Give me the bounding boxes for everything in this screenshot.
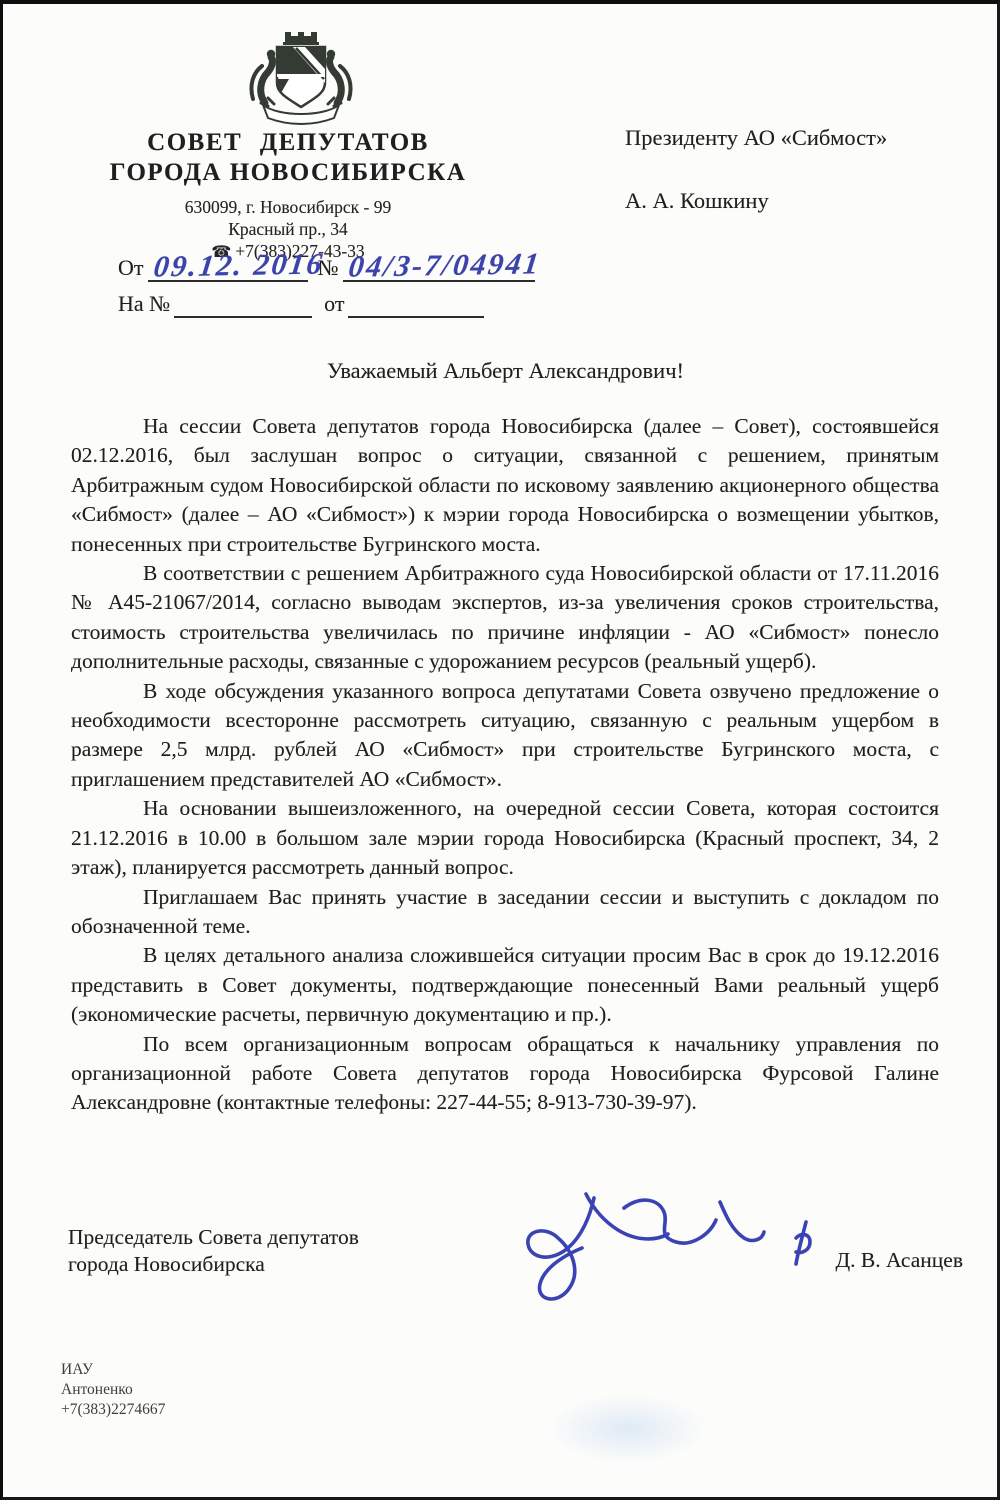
body-paragraph: В ходе обсуждения указанного вопроса деп… <box>71 677 939 795</box>
executor-name: Антоненко <box>61 1380 165 1400</box>
addressee-name: А. А. Кошкину <box>625 187 887 214</box>
executor-dept: ИАУ <box>61 1360 165 1380</box>
signer-position-line1: Председатель Совета депутатов <box>68 1224 359 1251</box>
signature-scribble <box>506 1186 836 1316</box>
body-paragraph: В соответствии с решением Арбитражного с… <box>71 559 939 677</box>
ref-reply-from-label: от <box>324 291 348 318</box>
ref-row-reply: На № от <box>118 284 548 318</box>
ref-reply-number-underline <box>174 286 312 318</box>
org-address-line1: 630099, г. Новосибирск - 99 <box>98 196 478 218</box>
scanned-letter-page: СОВЕТ ДЕПУТАТОВ ГОРОДА НОВОСИБИРСКА 6300… <box>0 0 1000 1500</box>
body-paragraph: На основании вышеизложенного, на очередн… <box>71 794 939 882</box>
ref-date-underline: 09.12. 2016 <box>148 250 308 282</box>
ref-row-outgoing: От 09.12. 2016 № 04/3-7/04941 <box>118 248 548 282</box>
org-name-line1: СОВЕТ ДЕПУТАТОВ <box>98 128 478 158</box>
body-paragraph: На сессии Совета депутатов города Новоси… <box>71 412 939 559</box>
body-paragraph: Приглашаем Вас принять участие в заседан… <box>71 883 939 942</box>
ref-block: От 09.12. 2016 № 04/3-7/04941 На № от <box>118 248 548 318</box>
handwritten-date: 09.12. 2016 <box>151 248 326 285</box>
executor-phone: +7(383)2274667 <box>61 1400 165 1420</box>
letter-body: На сессии Совета депутатов города Новоси… <box>71 412 939 1118</box>
handwritten-number: 04/3-7/04941 <box>346 247 542 284</box>
body-paragraph: По всем организационным вопросам обращат… <box>71 1030 939 1118</box>
salutation: Уважаемый Альберт Александрович! <box>73 358 938 384</box>
addressee-block: Президенту АО «Сибмост» А. А. Кошкину <box>625 124 887 214</box>
org-address-line2: Красный пр., 34 <box>98 218 478 240</box>
addressee-title: Президенту АО «Сибмост» <box>625 124 887 151</box>
signer-name: Д. В. Асанцев <box>835 1248 963 1273</box>
ref-number-underline: 04/3-7/04941 <box>343 250 535 282</box>
ref-reply-label: На № <box>118 291 174 318</box>
signer-position-line2: города Новосибирска <box>68 1251 359 1278</box>
signer-position: Председатель Совета депутатов города Нов… <box>68 1224 359 1278</box>
org-name: СОВЕТ ДЕПУТАТОВ ГОРОДА НОВОСИБИРСКА <box>98 128 478 188</box>
ref-from-label: От <box>118 255 148 282</box>
signature-block: Председатель Совета депутатов города Нов… <box>68 1222 965 1342</box>
body-paragraph: В целях детального анализа сложившейся с… <box>71 941 939 1029</box>
novosibirsk-coat-of-arms-icon <box>241 26 361 128</box>
ref-reply-date-underline <box>348 286 484 318</box>
scan-smudge <box>548 1394 708 1464</box>
org-name-line2: ГОРОДА НОВОСИБИРСКА <box>98 158 478 188</box>
executor-block: ИАУ Антоненко +7(383)2274667 <box>61 1360 165 1420</box>
